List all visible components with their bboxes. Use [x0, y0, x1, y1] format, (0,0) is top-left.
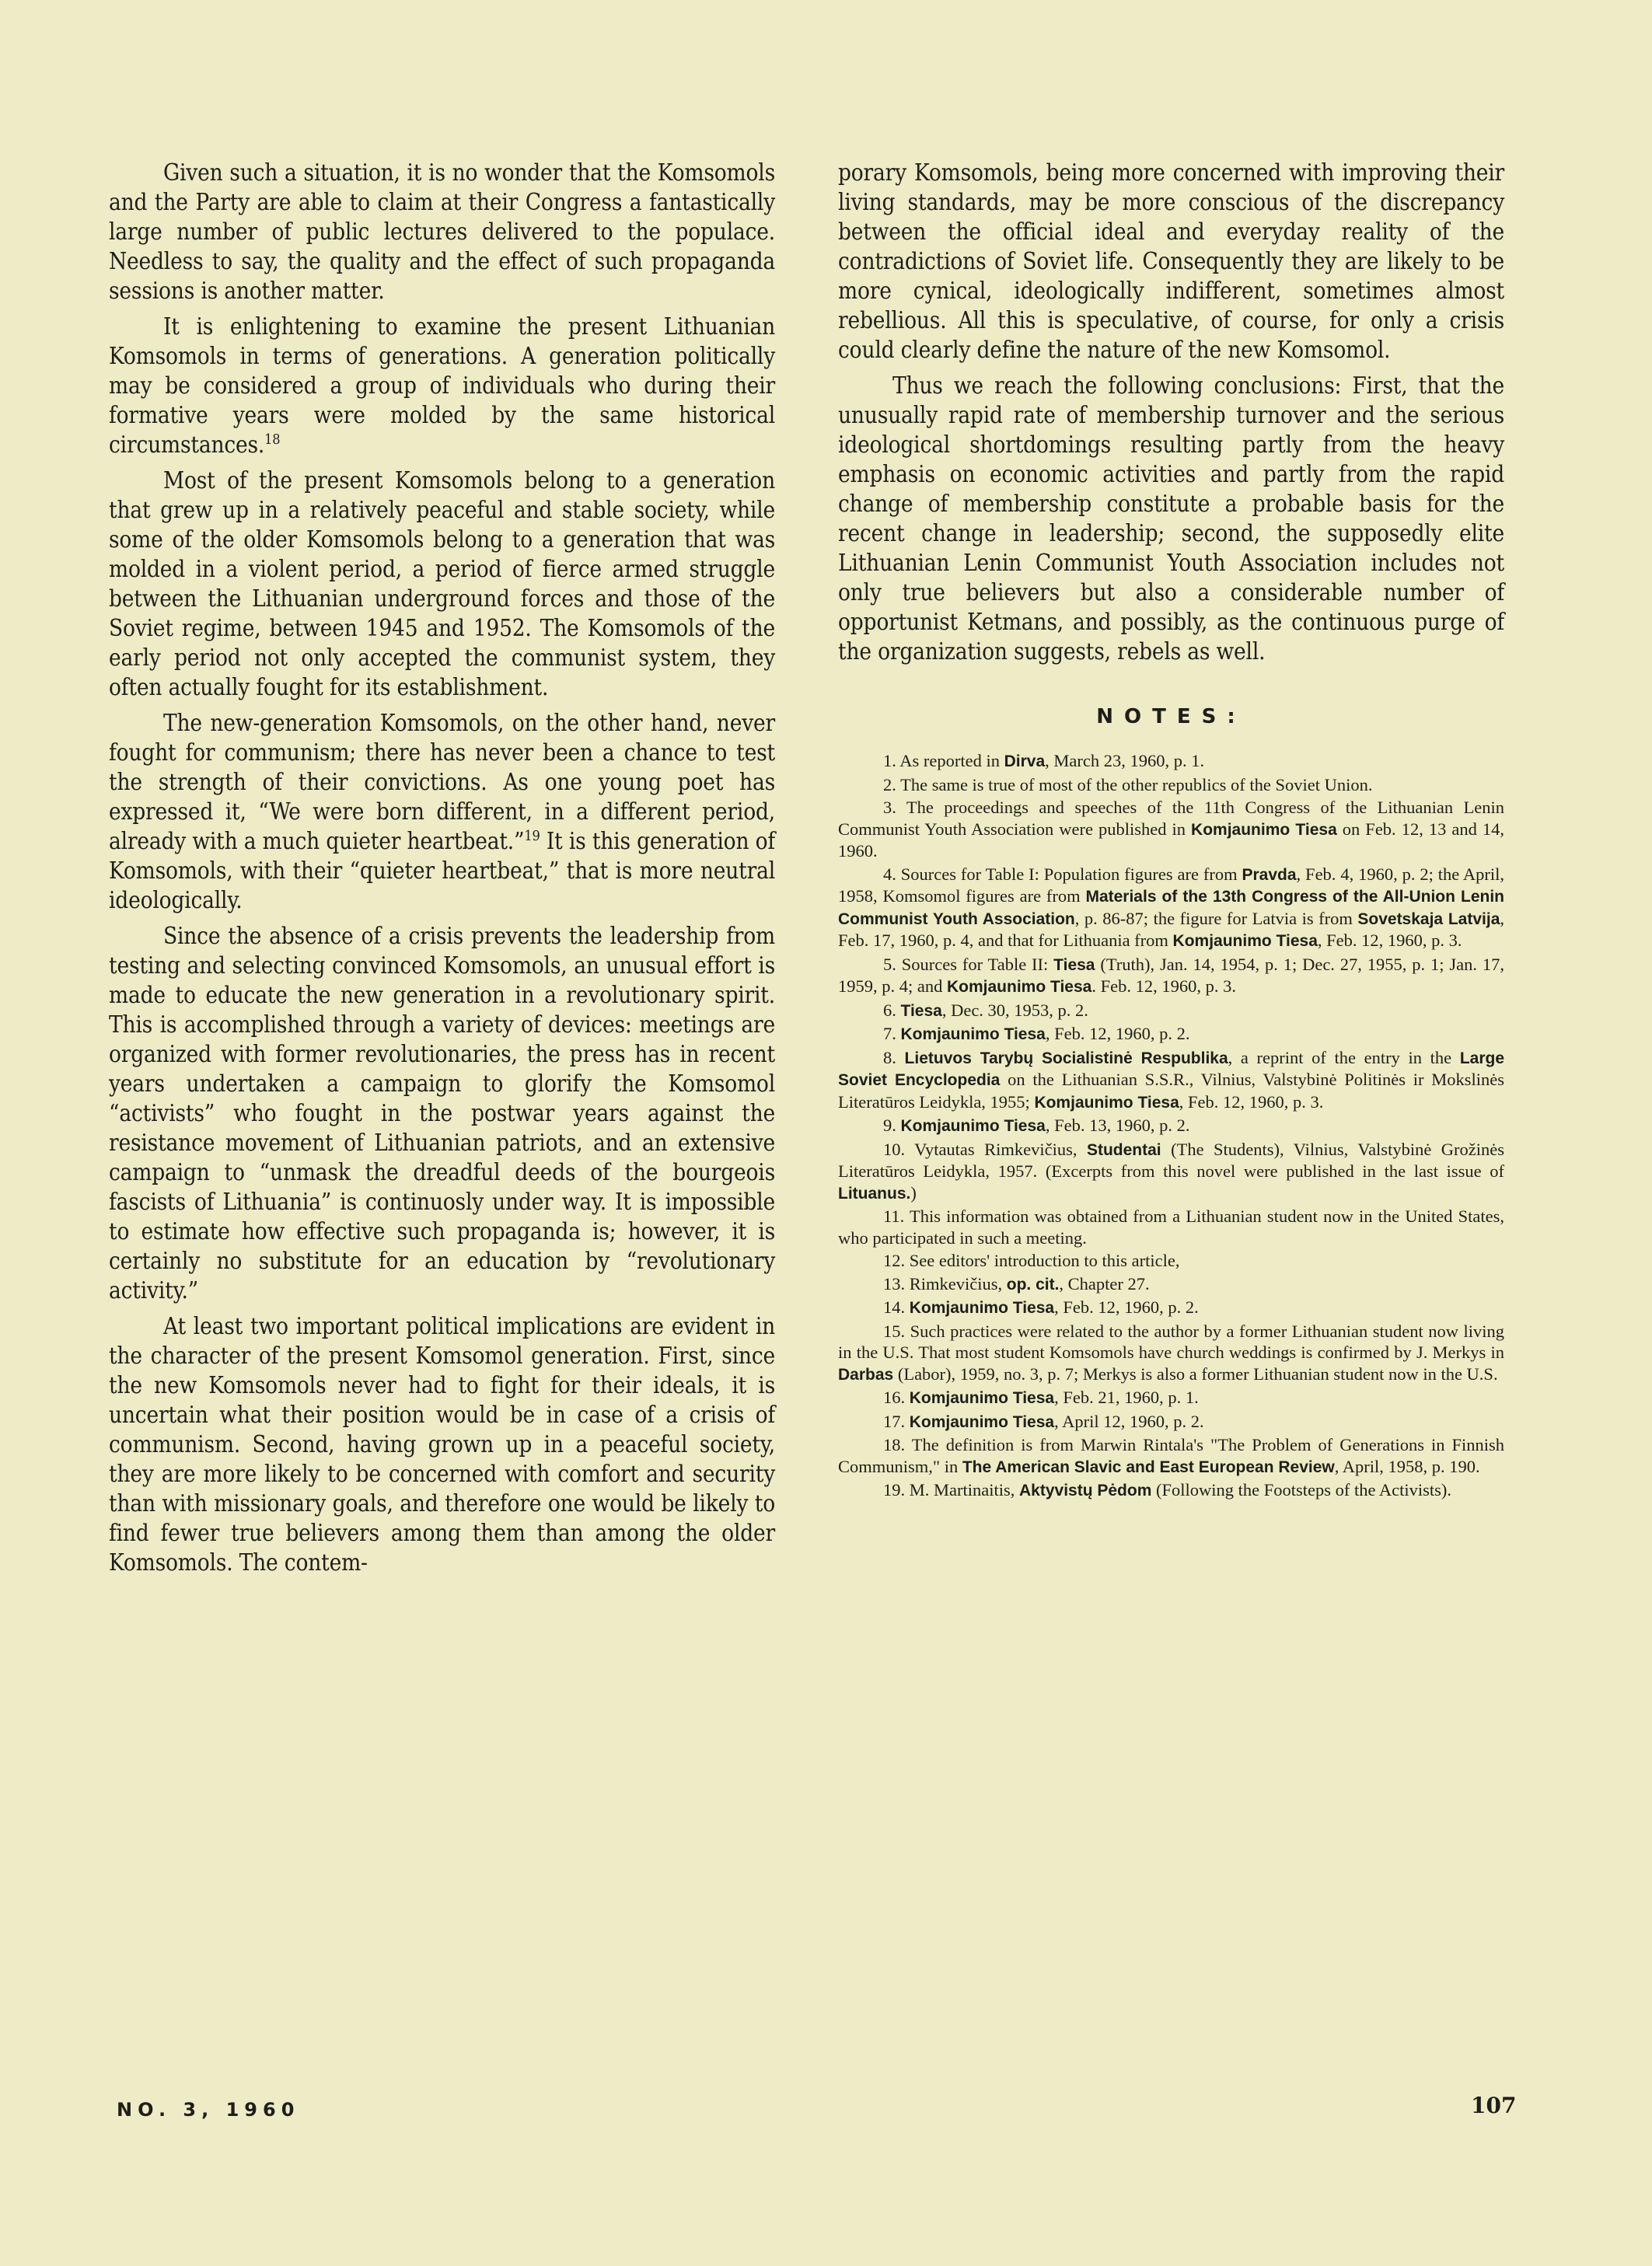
note-item: 7. Komjaunimo Tiesa, Feb. 12, 1960, p. 2…: [838, 1023, 1504, 1046]
note-text: , Feb. 12, 1960, p. 3.: [1318, 930, 1462, 950]
note-item: 16. Komjaunimo Tiesa, Feb. 21, 1960, p. …: [838, 1387, 1504, 1409]
note-number: 11.: [883, 1206, 904, 1226]
note-source-title: Tiesa: [901, 1002, 942, 1020]
note-source-title: Komjaunimo Tiesa: [901, 1117, 1046, 1135]
paragraph-continued: porary Komsomols, being more concerned w…: [838, 158, 1504, 365]
note-item: 11. This information was obtained from a…: [838, 1206, 1504, 1248]
note-number: 2.: [883, 775, 896, 794]
note-source-title: Komjaunimo Tiesa: [910, 1299, 1054, 1317]
right-column: porary Komsomols, being more concerned w…: [838, 158, 1504, 1503]
note-text: This information was obtained from a Lit…: [838, 1206, 1504, 1248]
note-number: 9.: [883, 1116, 896, 1135]
issue-label: NO. 3, 1960: [117, 2099, 299, 2121]
note-source-title: Lietuvos Tarybų Socialistinė Respublika: [905, 1049, 1228, 1067]
paragraph-3: Most of the present Komsomols belong to …: [109, 466, 775, 702]
note-text: , Feb. 13, 1960, p. 2.: [1046, 1116, 1190, 1135]
note-text: , March 23, 1960, p. 1.: [1045, 751, 1204, 770]
note-text: , Chapter 27.: [1059, 1274, 1149, 1294]
paragraph-2-text: It is enlightening to examine the presen…: [109, 313, 775, 458]
note-source-title: The American Slavic and East European Re…: [962, 1458, 1335, 1476]
note-text: (Following the Footsteps of the Activist…: [1151, 1480, 1451, 1500]
note-item: 10. Vytautas Rimkevičius, Studentai (The…: [838, 1139, 1504, 1205]
note-text: , p. 86-87; the figure for Latvia is fro…: [1075, 909, 1358, 928]
note-text: M. Martinaitis,: [905, 1480, 1019, 1500]
note-item: 13. Rimkevičius, op. cit., Chapter 27.: [838, 1273, 1504, 1296]
paragraph-4: The new-generation Komsomols, on the oth…: [109, 708, 775, 915]
note-text: , April, 1958, p. 190.: [1335, 1457, 1480, 1476]
note-text: , Feb. 21, 1960, p. 1.: [1054, 1388, 1199, 1407]
note-text: Sources for Table II:: [896, 955, 1053, 974]
note-item: 5. Sources for Table II: Tiesa (Truth), …: [838, 954, 1504, 998]
note-text: Vytautas Rimkevičius,: [905, 1140, 1087, 1159]
note-number: 16.: [883, 1388, 905, 1407]
note-text: As reported in: [896, 751, 1004, 770]
note-text: [896, 1048, 905, 1067]
note-item: 4. Sources for Table I: Population figur…: [838, 864, 1504, 952]
note-item: 2. The same is true of most of the other…: [838, 774, 1504, 796]
paragraph-5: Since the absence of a crisis prevents t…: [109, 921, 775, 1305]
note-source-title: Komjaunimo Tiesa: [1191, 821, 1337, 839]
note-text: Such practices were related to the autho…: [838, 1322, 1504, 1363]
note-number: 17.: [883, 1412, 905, 1431]
paragraph-2: It is enlightening to examine the presen…: [109, 312, 775, 459]
note-source-title: Komjaunimo Tiesa: [1173, 932, 1318, 950]
notes-list: 1. As reported in Dirva, March 23, 1960,…: [838, 750, 1504, 1502]
note-number: 10.: [883, 1140, 905, 1159]
note-text: Rimkevičius,: [905, 1274, 1007, 1294]
note-item: 19. M. Martinaitis, Aktyvistų Pėdom (Fol…: [838, 1479, 1504, 1502]
note-text: (Labor), 1959, no. 3, p. 7; Merkys is al…: [893, 1364, 1497, 1384]
note-item: 1. As reported in Dirva, March 23, 1960,…: [838, 750, 1504, 773]
note-source-title: Dirva: [1004, 752, 1046, 770]
note-number: 1.: [883, 751, 896, 770]
note-text: , Dec. 30, 1953, p. 2.: [942, 1000, 1088, 1020]
left-column: Given such a situation, it is no wonder …: [109, 158, 775, 1583]
note-source-title: Aktyvistų Pėdom: [1019, 1482, 1151, 1500]
note-text: ): [910, 1183, 917, 1203]
note-number: 13.: [883, 1274, 905, 1294]
note-number: 12.: [883, 1251, 905, 1270]
note-text: , April 12, 1960, p. 2.: [1054, 1412, 1204, 1431]
note-text: , Feb. 12, 1960, p. 2.: [1046, 1024, 1190, 1043]
note-text: See editors' introduction to this articl…: [905, 1251, 1179, 1270]
note-item: 3. The proceedings and speeches of the 1…: [838, 797, 1504, 862]
note-item: 15. Such practices were related to the a…: [838, 1321, 1504, 1386]
note-item: 17. Komjaunimo Tiesa, April 12, 1960, p.…: [838, 1411, 1504, 1433]
note-source-title: Studentai: [1087, 1141, 1161, 1159]
note-text: , a reprint of the entry in the: [1228, 1048, 1460, 1067]
paragraph-1: Given such a situation, it is no wonder …: [109, 158, 775, 306]
note-number: 18.: [883, 1435, 905, 1454]
page-number: 107: [1471, 2093, 1516, 2118]
note-item: 18. The definition is from Marwin Rintal…: [838, 1434, 1504, 1478]
note-source-title: Komjaunimo Tiesa: [947, 978, 1091, 996]
note-text: Sources for Table I: Population figures …: [896, 864, 1242, 884]
note-number: 4.: [883, 864, 896, 884]
note-source-title: Komjaunimo Tiesa: [901, 1025, 1046, 1043]
note-item: 12. See editors' introduction to this ar…: [838, 1250, 1504, 1272]
note-item: 8. Lietuvos Tarybų Socialistinė Respubli…: [838, 1047, 1504, 1114]
note-number: 5.: [883, 955, 896, 974]
paragraph-6: At least two important political implica…: [109, 1311, 775, 1577]
note-number: 15.: [883, 1322, 905, 1341]
note-source-title: Komjaunimo Tiesa: [910, 1389, 1054, 1407]
note-source-title: Komjaunimo Tiesa: [1034, 1094, 1179, 1112]
note-source-title: Pravda: [1242, 866, 1297, 884]
note-text: , Feb. 12, 1960, p. 2.: [1054, 1297, 1199, 1317]
note-item: 6. Tiesa, Dec. 30, 1953, p. 2.: [838, 1000, 1504, 1022]
note-item: 14. Komjaunimo Tiesa, Feb. 12, 1960, p. …: [838, 1297, 1504, 1319]
note-source-title: Darbas: [838, 1366, 893, 1384]
note-item: 9. Komjaunimo Tiesa, Feb. 13, 1960, p. 2…: [838, 1115, 1504, 1137]
note-number: 3.: [883, 798, 896, 817]
note-number: 8.: [883, 1048, 896, 1067]
note-number: 19.: [883, 1480, 905, 1500]
note-text: , Feb. 12, 1960, p. 3.: [1179, 1092, 1324, 1112]
paragraph-conclusions: Thus we reach the following conclusions:…: [838, 371, 1504, 666]
note-text: The same is true of most of the other re…: [896, 775, 1373, 794]
note-number: 6.: [883, 1000, 896, 1020]
note-source-title: Sovetskaja Latvija: [1357, 910, 1500, 928]
note-number: 7.: [883, 1024, 896, 1043]
footnote-ref-18[interactable]: 18: [264, 431, 280, 448]
note-source-title: Lituanus.: [838, 1185, 910, 1203]
notes-heading: NOTES:: [838, 705, 1504, 728]
note-number: 14.: [883, 1297, 905, 1317]
footnote-ref-19[interactable]: 19: [524, 828, 540, 844]
note-source-title: Komjaunimo Tiesa: [910, 1413, 1054, 1431]
note-source-title: op. cit.: [1007, 1276, 1060, 1294]
note-source-title: Tiesa: [1053, 956, 1095, 974]
note-text: . Feb. 12, 1960, p. 3.: [1091, 976, 1236, 996]
